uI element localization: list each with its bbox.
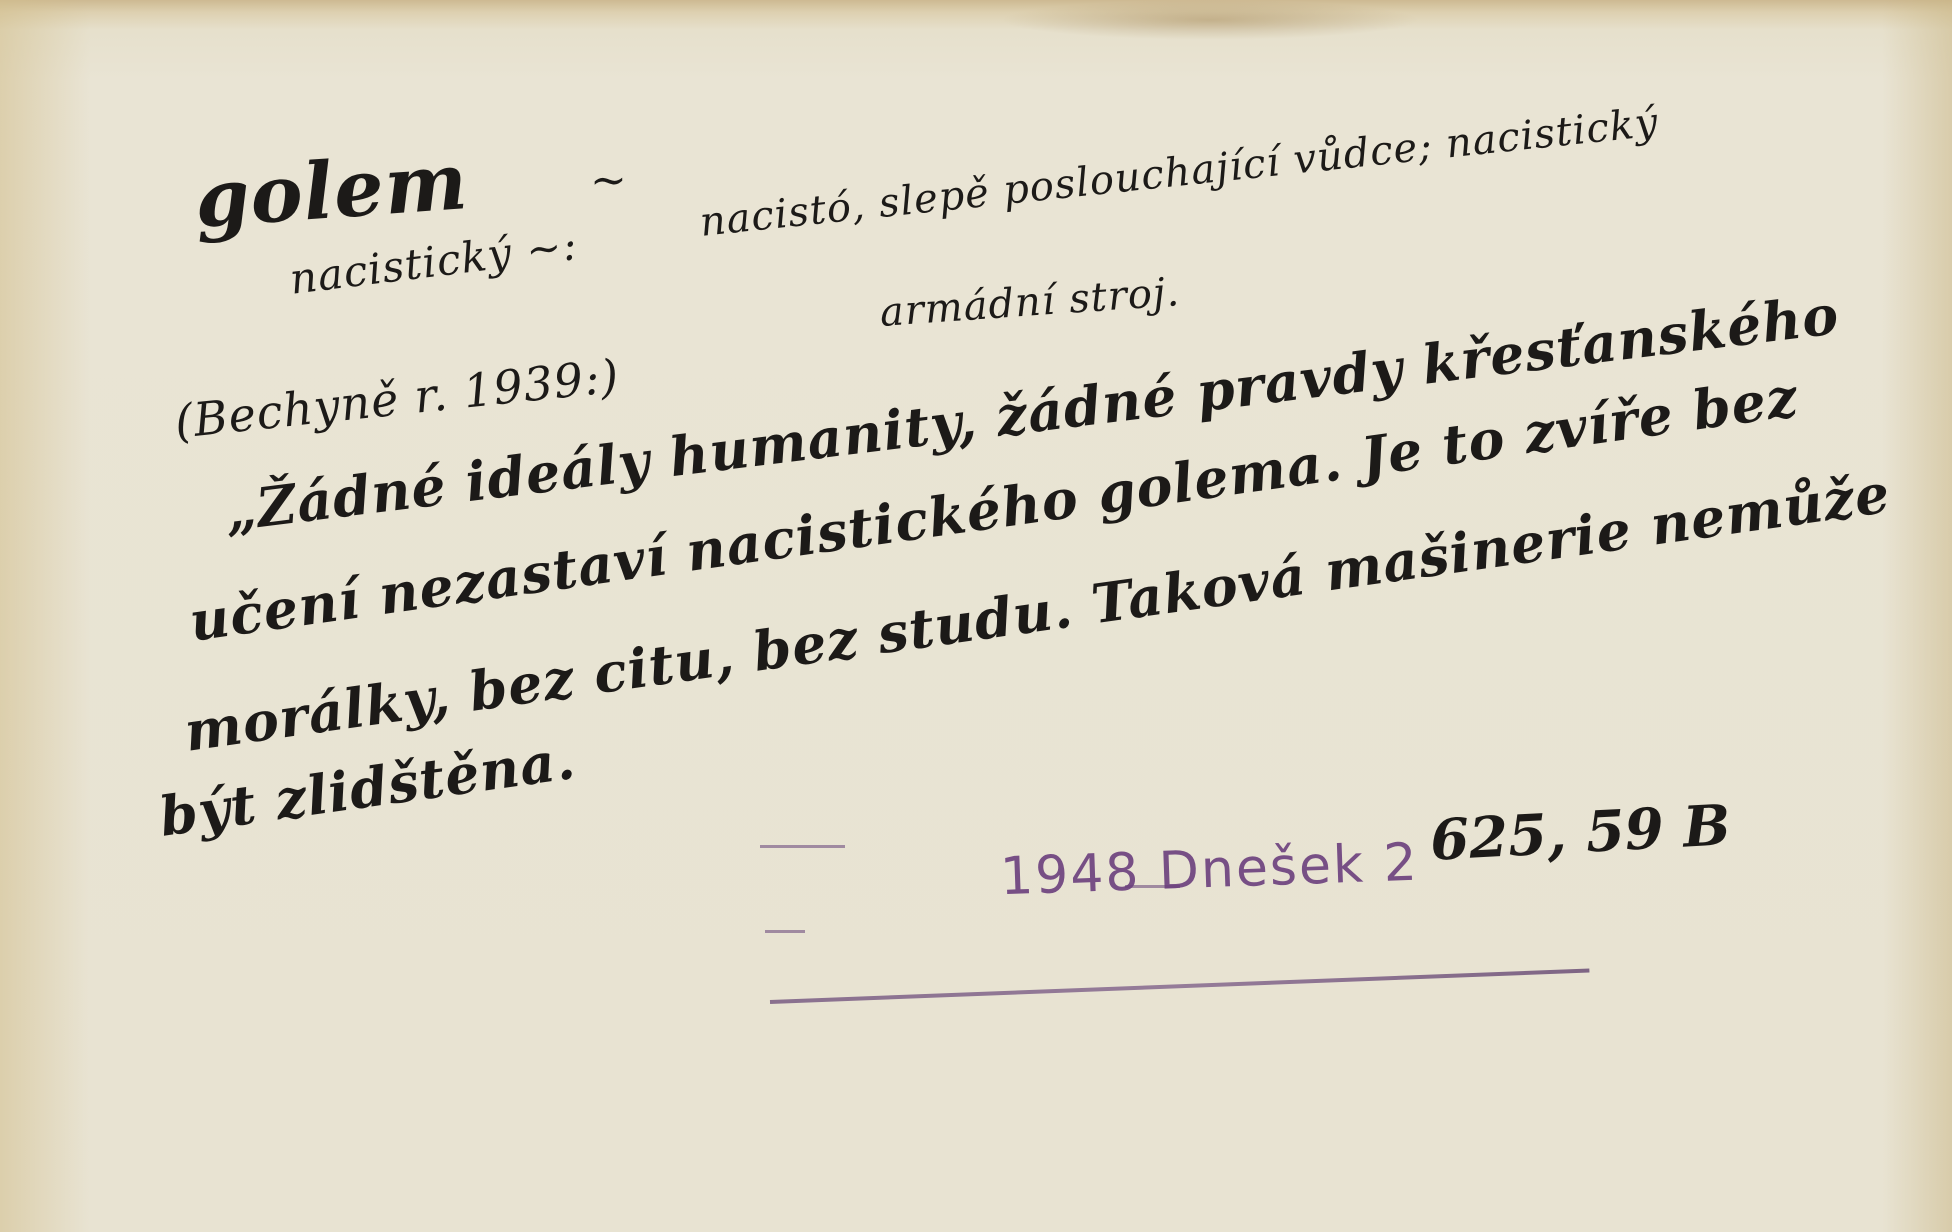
paper-stain	[1000, 0, 1420, 40]
citation-source: (Bechyně r. 1939:)	[172, 348, 622, 448]
index-card: golem ~ nacistický ~: nacistó, slepě pos…	[0, 0, 1952, 1232]
stamp-dash	[760, 845, 845, 848]
headword-marker: ~	[590, 155, 628, 206]
subentry-definition-continued: armádní stroj.	[878, 269, 1181, 336]
stamp-dash	[765, 930, 805, 933]
subentry-definition: nacistó, slepě poslouchající vůdce; naci…	[698, 99, 1661, 245]
source-stamp: 1948 Dnešek 2	[999, 833, 1420, 908]
page-reference: 625, 59 B	[1428, 792, 1732, 874]
stamp-underline	[770, 969, 1590, 1004]
paper-edge-left	[0, 0, 90, 1232]
headword: golem	[192, 136, 471, 246]
paper-edge-right	[1882, 0, 1952, 1232]
